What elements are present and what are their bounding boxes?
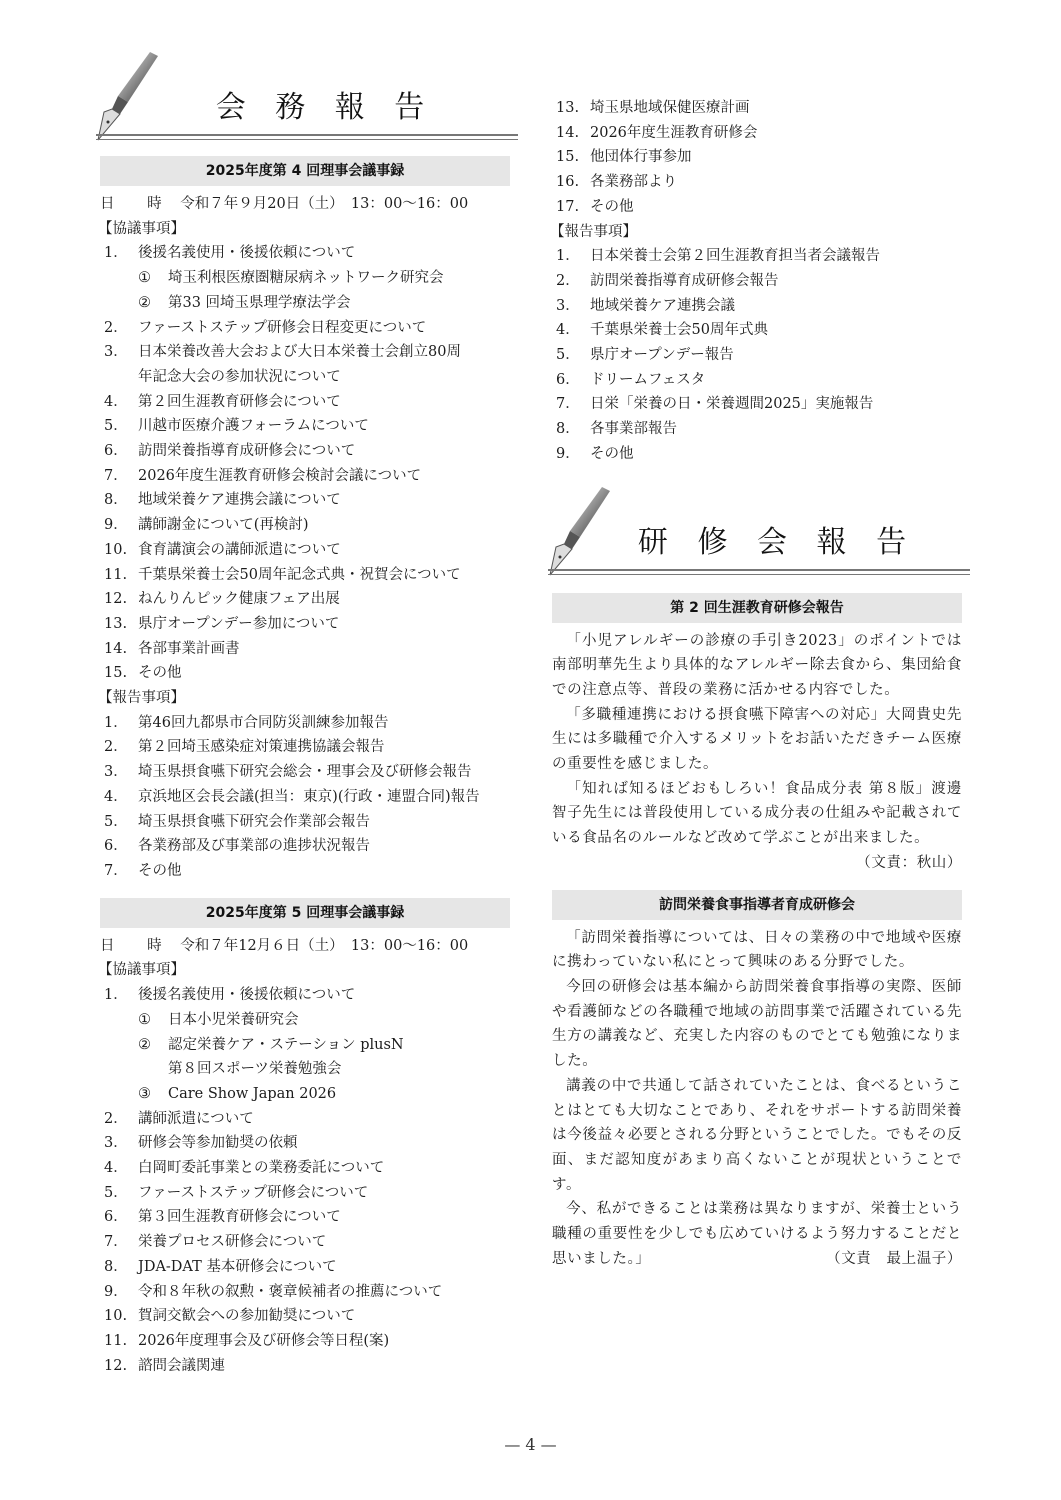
list-item-number: 11. (100, 1329, 138, 1354)
date-label: 日 時 (100, 196, 176, 212)
list-item-number: 7． (100, 859, 138, 884)
list-item-text: 研修会等参加勧奨の依頼 (138, 1131, 298, 1156)
list-item-text: 講師謝金について(再検討) (138, 513, 309, 538)
list-item-number: 16. (552, 170, 590, 195)
list-item: 11.千葉県栄養士会50周年記念式典・祝賀会について (100, 563, 510, 588)
report-label: 【報告事項】 (98, 686, 510, 711)
list-item: 13.県庁オープンデー参加について (100, 612, 510, 637)
list-item-number: 10. (100, 1304, 138, 1329)
list-item-number: 2． (100, 316, 138, 341)
list-item-text: 第８回スポーツ栄養勉強会 (168, 1057, 341, 1082)
list-item-number: 7． (100, 1230, 138, 1255)
list-item: 9．令和８年秋の叙勲・褒章候補者の推薦について (100, 1280, 510, 1305)
list-item: 6．第３回生涯教育研修会について (100, 1205, 510, 1230)
list-item-number: 17. (552, 195, 590, 220)
list-item: 9．その他 (552, 442, 962, 467)
list-item-number: 8． (552, 417, 590, 442)
list-item: 7．日栄「栄養の日・栄養週間2025」実施報告 (552, 392, 962, 417)
list-item-text: 訪問栄養指導育成研修会について (138, 439, 355, 464)
list-item-number: ② (138, 291, 168, 316)
list-item-text: 京浜地区会長会議(担当：東京)(行政・連盟合同)報告 (138, 785, 480, 810)
list-item: 3．地域栄養ケア連携会議 (552, 294, 962, 319)
meeting4-deliberation-list: 1．後援名義使用・後援依頼について①埼玉利根医療圏糖尿病ネットワーク研究会②第3… (100, 241, 510, 686)
list-item-text: 川越市医療介護フォーラムについて (138, 414, 369, 439)
list-item-text: Care Show Japan 2026 (168, 1082, 336, 1107)
list-item-number: 6． (100, 439, 138, 464)
list-item-text: 第２回埼玉感染症対策連携協議会報告 (138, 735, 385, 760)
list-item: 3．埼玉県摂食嚥下研究会総会・理事会及び研修会報告 (100, 760, 510, 785)
author-credit: （文責：秋山） (856, 851, 962, 876)
list-item: 2．第２回埼玉感染症対策連携協議会報告 (100, 735, 510, 760)
list-item: 10.食育講演会の講師派遣について (100, 538, 510, 563)
section-title: 研 修 会 報 告 (552, 517, 962, 561)
list-item-text: 各事業部報告 (590, 417, 677, 442)
list-item: 8．各事業部報告 (552, 417, 962, 442)
list-item-number: ① (138, 266, 168, 291)
list-item-number: 1． (100, 983, 138, 1008)
list-item-number: 6． (100, 834, 138, 859)
list-item: 6．ドリームフェスタ (552, 368, 962, 393)
list-item-text: 令和８年秋の叙勲・褒章候補者の推薦について (138, 1280, 442, 1305)
list-item-number: ③ (138, 1082, 168, 1107)
list-item-text: 白岡町委託事業との業務委託について (138, 1156, 384, 1181)
list-item: 1．後援名義使用・後援依頼について (100, 241, 510, 266)
list-item-number: 5． (100, 414, 138, 439)
list-item-text: 2026年度生涯教育研修会検討会議について (138, 464, 421, 489)
list-item-text: 日本栄養士会第２回生涯教育担当者会議報告 (590, 244, 880, 269)
list-item-number: 2． (552, 269, 590, 294)
training2-body: 「小児アレルギーの診療の手引き2023」のポイントでは南部明華先生より具体的なア… (552, 629, 962, 876)
list-item-number: 6． (100, 1205, 138, 1230)
list-item: 3．研修会等参加勧奨の依頼 (100, 1131, 510, 1156)
list-item-text: 各業務部及び事業部の進捗状況報告 (138, 834, 370, 859)
list-item-number: 13. (552, 96, 590, 121)
list-item-number: 15. (100, 661, 138, 686)
list-item-text: ファーストステップ研修会について (138, 1181, 368, 1206)
list-item-number: 4． (552, 318, 590, 343)
list-item-text: 第２回生涯教育研修会について (138, 390, 341, 415)
meeting4-date: 日 時 令和７年９月20日（土） 13：00〜16：00 (100, 192, 510, 217)
paragraph: 「知れば知るほどおもしろい！食品成分表 第８版」渡邊智子先生には普段使用している… (552, 777, 962, 876)
list-item: ②第33 回埼玉県理学療法学会 (100, 291, 510, 316)
list-item-text: その他 (138, 859, 182, 884)
training2-title: 第 2 回生涯教育研修会報告 (552, 593, 962, 623)
paragraph: 講義の中で共通して話されていたことは、食べるということはとても大切なことであり、… (552, 1074, 962, 1198)
visit-training-title: 訪問栄養食事指導者育成研修会 (552, 890, 962, 920)
list-item-text: 各部事業計画書 (138, 637, 240, 662)
list-item-text: 2026年度理事会及び研修会等日程(案) (138, 1329, 389, 1354)
list-item-number: 5． (100, 810, 138, 835)
list-item-number: 10. (100, 538, 138, 563)
date-value: 令和７年９月20日（土） 13：00〜16：00 (180, 196, 468, 212)
list-item-text: 栄養プロセス研修会について (138, 1230, 326, 1255)
list-item-text: その他 (590, 442, 634, 467)
date-value: 令和７年12月６日（土） 13：00〜16：00 (180, 938, 468, 954)
author-credit: （文責 最上温子） (826, 1247, 962, 1272)
list-item: 5．埼玉県摂食嚥下研究会作業部会報告 (100, 810, 510, 835)
list-item-number: 12. (100, 1354, 138, 1379)
list-item-text: 地域栄養ケア連携会議について (138, 488, 341, 513)
list-item: 年記念大会の参加状況について (100, 365, 510, 390)
list-item-number: 1． (100, 241, 138, 266)
meeting4-report-list: 1．第46回九都県市合同防災訓練参加報告2．第２回埼玉感染症対策連携協議会報告3… (100, 711, 510, 884)
list-item-text: 後援名義使用・後援依頼について (138, 983, 355, 1008)
list-item-number: 13. (100, 612, 138, 637)
list-item-number: 6． (552, 368, 590, 393)
list-item-number: 4． (100, 1156, 138, 1181)
list-item-number: 8． (100, 1255, 138, 1280)
double-rule (548, 569, 970, 575)
paragraph: 「訪問栄養指導については、日々の業務の中で地域や医療に携わっていない私にとって興… (552, 926, 962, 975)
list-item-text: その他 (590, 195, 634, 220)
list-item: 6．訪問栄養指導育成研修会について (100, 439, 510, 464)
list-item: 8．地域栄養ケア連携会議について (100, 488, 510, 513)
list-item-text: 訪問栄養指導育成研修会報告 (590, 269, 779, 294)
list-item: 7．2026年度生涯教育研修会検討会議について (100, 464, 510, 489)
meeting5-report-list: 1．日本栄養士会第２回生涯教育担当者会議報告2．訪問栄養指導育成研修会報告3．地… (552, 244, 962, 466)
list-item-text: ドリームフェスタ (590, 368, 705, 393)
list-item-number: 9． (552, 442, 590, 467)
list-item: 5．川越市医療介護フォーラムについて (100, 414, 510, 439)
list-item: ③Care Show Japan 2026 (100, 1082, 510, 1107)
deliberation-label: 【協議事項】 (98, 958, 510, 983)
list-item: 10.賀詞交歓会への参加勧奨について (100, 1304, 510, 1329)
list-item-number: 3． (100, 760, 138, 785)
list-item-number: 3． (100, 1131, 138, 1156)
list-item-text: ねんりんピック健康フェア出展 (138, 587, 340, 612)
list-item-number: 3． (552, 294, 590, 319)
list-item: 1．第46回九都県市合同防災訓練参加報告 (100, 711, 510, 736)
list-item-text: 埼玉県摂食嚥下研究会総会・理事会及び研修会報告 (138, 760, 472, 785)
right-column: 13.埼玉県地域保健医療計画14.2026年度生涯教育研修会15.他団体行事参加… (552, 96, 962, 1271)
list-item-text: 各業務部より (590, 170, 677, 195)
list-item: 5．県庁オープンデー報告 (552, 343, 962, 368)
paragraph: 「小児アレルギーの診療の手引き2023」のポイントでは南部明華先生より具体的なア… (552, 629, 962, 703)
list-item: 17.その他 (552, 195, 962, 220)
list-item-text: 認定栄養ケア・ステーション plusN (168, 1033, 404, 1058)
list-item: 4．千葉県栄養士会50周年式典 (552, 318, 962, 343)
list-item-text: 千葉県栄養士会50周年式典 (590, 318, 768, 343)
list-item-number: 7． (552, 392, 590, 417)
list-item-text: 年記念大会の参加状況について (138, 365, 341, 390)
deliberation-label: 【協議事項】 (98, 217, 510, 242)
list-item-text: 県庁オープンデー報告 (590, 343, 734, 368)
list-item: 1．日本栄養士会第２回生涯教育担当者会議報告 (552, 244, 962, 269)
list-item-number: 14. (552, 121, 590, 146)
list-item-text: ファーストステップ研修会日程変更について (138, 316, 426, 341)
list-item: 8．JDA-DAT 基本研修会について (100, 1255, 510, 1280)
list-item: 12.ねんりんピック健康フェア出展 (100, 587, 510, 612)
list-item: 2．訪問栄養指導育成研修会報告 (552, 269, 962, 294)
list-item-number: 1． (100, 711, 138, 736)
list-item-text: 第46回九都県市合同防災訓練参加報告 (138, 711, 388, 736)
list-item-text: 埼玉県地域保健医療計画 (590, 96, 750, 121)
list-item-text: 地域栄養ケア連携会議 (590, 294, 735, 319)
list-item-number: 8． (100, 488, 138, 513)
section-header-kaimu: 会 務 報 告 (100, 52, 510, 142)
list-item-number: 7． (100, 464, 138, 489)
list-item: 3．日本栄養改善大会および大日本栄養士会創立80周 (100, 340, 510, 365)
meeting5-deliberation-list: 1．後援名義使用・後援依頼について①日本小児栄養研究会②認定栄養ケア・ステーショ… (100, 983, 510, 1378)
paragraph: 今、私ができることは業務は異なりますが、栄養士という職種の重要性を少しでも広めて… (552, 1197, 962, 1271)
list-item-text: 県庁オープンデー参加について (138, 612, 339, 637)
list-item-text: 埼玉利根医療圏糖尿病ネットワーク研究会 (168, 266, 444, 291)
list-item-text: 日栄「栄養の日・栄養週間2025」実施報告 (590, 392, 873, 417)
list-item-number: 9． (100, 1280, 138, 1305)
meeting5-deliberation-list-continued: 13.埼玉県地域保健医療計画14.2026年度生涯教育研修会15.他団体行事参加… (552, 96, 962, 220)
list-item: ①埼玉利根医療圏糖尿病ネットワーク研究会 (100, 266, 510, 291)
list-item-text: JDA-DAT 基本研修会について (138, 1255, 337, 1280)
list-item: 13.埼玉県地域保健医療計画 (552, 96, 962, 121)
list-item: 9．講師謝金について(再検討) (100, 513, 510, 538)
list-item-text: 埼玉県摂食嚥下研究会作業部会報告 (138, 810, 370, 835)
list-item-number: 12. (100, 587, 138, 612)
list-item-text: 後援名義使用・後援依頼について (138, 241, 355, 266)
list-item-number (138, 1057, 168, 1082)
list-item-number: 11. (100, 563, 138, 588)
list-item-number: 4． (100, 785, 138, 810)
list-item-number: 14. (100, 637, 138, 662)
list-item: ①日本小児栄養研究会 (100, 1008, 510, 1033)
list-item-number: 9． (100, 513, 138, 538)
report-label: 【報告事項】 (550, 220, 962, 245)
paragraph: 今回の研修会は基本編から訪問栄養食事指導の実際、医師や看護師などの各職種で地域の… (552, 975, 962, 1074)
list-item-text: 第３回生涯教育研修会について (138, 1205, 341, 1230)
list-item: 4．京浜地区会長会議(担当：東京)(行政・連盟合同)報告 (100, 785, 510, 810)
list-item: 5．ファーストステップ研修会について (100, 1181, 510, 1206)
date-label: 日 時 (100, 938, 176, 954)
section-title: 会 務 報 告 (100, 82, 510, 126)
list-item: 12.諮問会議関連 (100, 1354, 510, 1379)
list-item-text: 千葉県栄養士会50周年記念式典・祝賀会について (138, 563, 461, 588)
list-item-text: 賀詞交歓会への参加勧奨について (138, 1304, 355, 1329)
list-item-text: 諮問会議関連 (138, 1354, 225, 1379)
list-item: 7．栄養プロセス研修会について (100, 1230, 510, 1255)
double-rule (96, 134, 518, 140)
list-item: 4．白岡町委託事業との業務委託について (100, 1156, 510, 1181)
list-item-number: ② (138, 1033, 168, 1058)
list-item: ②認定栄養ケア・ステーション plusN (100, 1033, 510, 1058)
list-item: 4．第２回生涯教育研修会について (100, 390, 510, 415)
section-header-kenshukai: 研 修 会 報 告 (552, 487, 962, 577)
meeting5-date: 日 時 令和７年12月６日（土） 13：00〜16：00 (100, 934, 510, 959)
list-item: 1．後援名義使用・後援依頼について (100, 983, 510, 1008)
list-item-text: 講師派遣について (138, 1107, 254, 1132)
list-item-text: 他団体行事参加 (590, 145, 692, 170)
page-number: — 4 — (0, 1435, 1061, 1454)
list-item-number: 4． (100, 390, 138, 415)
list-item: 11.2026年度理事会及び研修会等日程(案) (100, 1329, 510, 1354)
list-item-number: 2． (100, 735, 138, 760)
list-item: 2．ファーストステップ研修会日程変更について (100, 316, 510, 341)
list-item-number: 5． (552, 343, 590, 368)
list-item: 6．各業務部及び事業部の進捗状況報告 (100, 834, 510, 859)
list-item-number: 5． (100, 1181, 138, 1206)
left-column: 会 務 報 告 2025年度第 4 回理事会議事録 日 時 令和７年９月20日（… (100, 0, 510, 1378)
list-item: 14.各部事業計画書 (100, 637, 510, 662)
list-item: 2．講師派遣について (100, 1107, 510, 1132)
list-item: 7．その他 (100, 859, 510, 884)
list-item-text: 日本栄養改善大会および大日本栄養士会創立80周 (138, 340, 461, 365)
list-item-number: 15. (552, 145, 590, 170)
list-item-text: 食育講演会の講師派遣について (138, 538, 341, 563)
list-item: 15.その他 (100, 661, 510, 686)
list-item-number: 1． (552, 244, 590, 269)
list-item-text: 第33 回埼玉県理学療法学会 (168, 291, 351, 316)
visit-training-body: 「訪問栄養指導については、日々の業務の中で地域や医療に携わっていない私にとって興… (552, 926, 962, 1272)
list-item: 15.他団体行事参加 (552, 145, 962, 170)
list-item-number: 2． (100, 1107, 138, 1132)
list-item-number: ① (138, 1008, 168, 1033)
list-item: 第８回スポーツ栄養勉強会 (100, 1057, 510, 1082)
list-item-number: 3． (100, 340, 138, 365)
list-item: 16.各業務部より (552, 170, 962, 195)
list-item-text: 日本小児栄養研究会 (168, 1008, 299, 1033)
meeting4-title: 2025年度第 4 回理事会議事録 (100, 156, 510, 186)
list-item: 14.2026年度生涯教育研修会 (552, 121, 962, 146)
list-item-text: 2026年度生涯教育研修会 (590, 121, 757, 146)
list-item-text: その他 (138, 661, 182, 686)
paragraph: 「多職種連携における摂食嚥下障害への対応」大岡貴史先生には多職種で介入するメリッ… (552, 703, 962, 777)
meeting5-title: 2025年度第 5 回理事会議事録 (100, 898, 510, 928)
